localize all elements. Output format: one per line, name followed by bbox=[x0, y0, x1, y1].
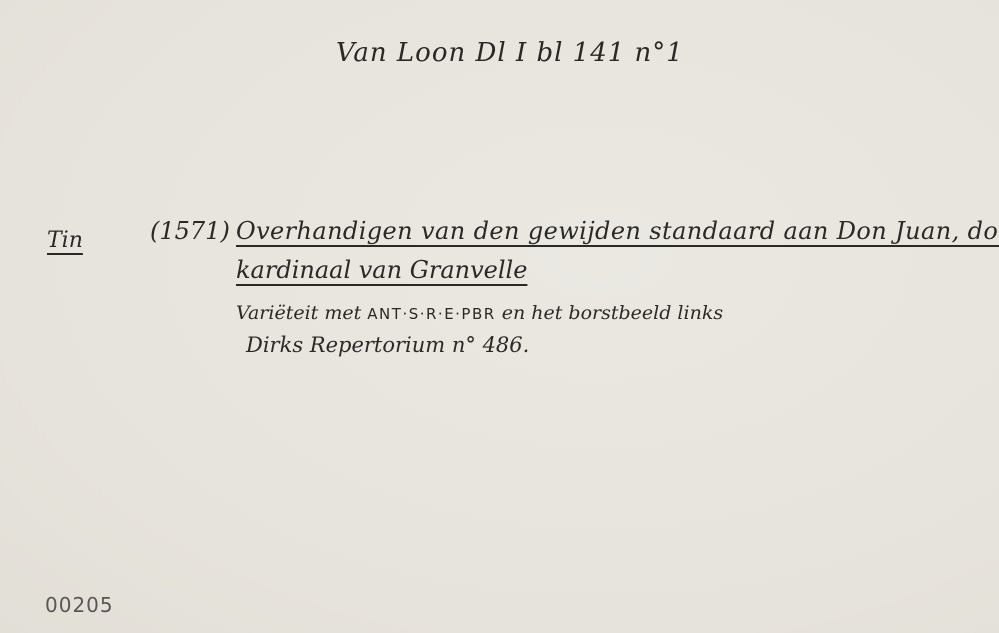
variety-note-prefix: Variëteit met bbox=[236, 302, 361, 324]
title-line-2: kardinaal van Granvelle bbox=[236, 256, 527, 284]
year-label: (1571) bbox=[150, 217, 230, 245]
reference-heading: Van Loon Dl I bl 141 n°1 bbox=[336, 38, 684, 68]
repertorium-reference: Dirks Repertorium n° 486. bbox=[246, 333, 529, 357]
metal-label: Tin bbox=[47, 228, 83, 253]
variety-note: Variëteit met ANT·S·R·E·PBR en het borst… bbox=[236, 302, 723, 324]
variety-note-suffix: en het borstbeeld links bbox=[502, 302, 723, 324]
title-line-1: Overhandigen van den gewijden standaard … bbox=[236, 217, 999, 245]
legend-inscription: ANT·S·R·E·PBR bbox=[367, 305, 495, 323]
archive-card: Van Loon Dl I bl 141 n°1 Tin (1571) Over… bbox=[0, 0, 999, 633]
catalog-number: 00205 bbox=[45, 593, 114, 617]
